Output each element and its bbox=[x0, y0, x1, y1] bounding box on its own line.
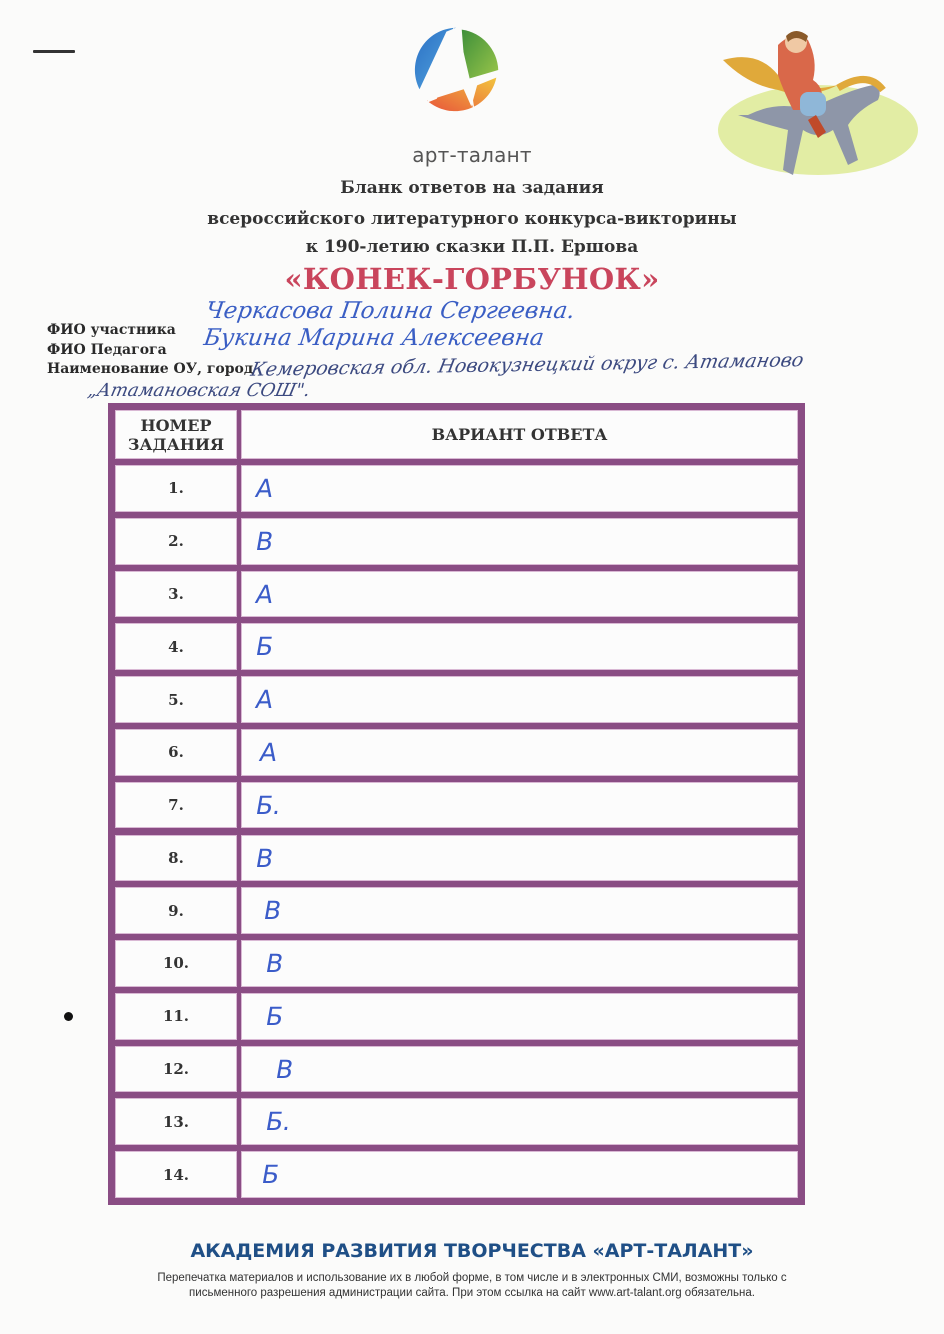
footer-notice-line-2: письменного разрешения администрации сай… bbox=[0, 1287, 944, 1299]
answer-value: В bbox=[273, 1055, 295, 1084]
answer-value: Б bbox=[263, 1002, 285, 1031]
participant-label: ФИО участника bbox=[47, 322, 176, 338]
task-number: 3. bbox=[116, 572, 236, 617]
teacher-label: ФИО Педагога bbox=[47, 342, 167, 358]
footer-title: АКАДЕМИЯ РАЗВИТИЯ ТВОРЧЕСТВА «АРТ-ТАЛАНТ… bbox=[0, 1240, 944, 1262]
answer-value: А bbox=[253, 580, 275, 609]
task-number: 6. bbox=[116, 730, 236, 775]
table-row: 6.А bbox=[112, 726, 801, 779]
organization-label: Наименование ОУ, город bbox=[47, 361, 253, 377]
answer-field[interactable]: В bbox=[242, 1047, 797, 1092]
participant-name-field[interactable]: Черкасова Полина Сергеевна. bbox=[204, 298, 576, 324]
humpbacked-horse-rider-illustration bbox=[708, 30, 918, 188]
answer-field[interactable]: В bbox=[242, 519, 797, 564]
answer-value: А bbox=[257, 738, 279, 767]
scan-artifact-dot bbox=[64, 1012, 73, 1021]
footer-notice-line-1: Перепечатка материалов и использование и… bbox=[0, 1272, 944, 1284]
task-number: 13. bbox=[116, 1099, 236, 1144]
column-header-answer: ВАРИАНТ ОТВЕТА bbox=[242, 411, 797, 458]
answer-field[interactable]: Б bbox=[242, 624, 797, 669]
answer-field[interactable]: В bbox=[242, 836, 797, 881]
task-number: 5. bbox=[116, 677, 236, 722]
organization-field-line-1[interactable]: Кемеровская обл. Новокузнецкий округ с. … bbox=[249, 349, 806, 381]
answer-value: Б bbox=[259, 1160, 281, 1189]
table-row: 11.Б bbox=[112, 990, 801, 1043]
contest-main-title: «КОНЕК-ГОРБУНОК» bbox=[0, 262, 944, 296]
art-talant-logo-icon bbox=[408, 22, 504, 118]
answer-value: В bbox=[261, 896, 283, 925]
table-row: 1.А bbox=[112, 462, 801, 515]
answer-value: Б. bbox=[253, 791, 283, 820]
answer-value: А bbox=[253, 474, 275, 503]
organization-field-line-2[interactable]: „Атамановская СОШ". bbox=[86, 380, 312, 401]
table-header-row: НОМЕР ЗАДАНИЯ ВАРИАНТ ОТВЕТА bbox=[112, 407, 801, 462]
table-row: 7.Б. bbox=[112, 779, 801, 832]
column-header-task-number-line-2: ЗАДАНИЯ bbox=[128, 435, 224, 454]
answer-value: В bbox=[253, 527, 275, 556]
answer-field[interactable]: В bbox=[242, 888, 797, 933]
answer-field[interactable]: А bbox=[242, 466, 797, 511]
answer-field[interactable]: В bbox=[242, 941, 797, 986]
answer-field[interactable]: Б bbox=[242, 1152, 797, 1197]
answer-table: НОМЕР ЗАДАНИЯ ВАРИАНТ ОТВЕТА 1.А2.В3.А4.… bbox=[108, 403, 805, 1205]
task-number: 8. bbox=[116, 836, 236, 881]
form-title-line-2: всероссийского литературного конкурса-ви… bbox=[0, 209, 944, 229]
answer-field[interactable]: А bbox=[242, 677, 797, 722]
answer-value: В bbox=[253, 844, 275, 873]
table-row: 13.Б. bbox=[112, 1095, 801, 1148]
task-number: 2. bbox=[116, 519, 236, 564]
table-row: 3.А bbox=[112, 568, 801, 621]
table-row: 8.В bbox=[112, 832, 801, 885]
task-number: 1. bbox=[116, 466, 236, 511]
column-header-task-number: НОМЕР ЗАДАНИЯ bbox=[116, 411, 236, 458]
table-row: 4.Б bbox=[112, 620, 801, 673]
task-number: 10. bbox=[116, 941, 236, 986]
task-number: 12. bbox=[116, 1047, 236, 1092]
answer-field[interactable]: А bbox=[242, 572, 797, 617]
answer-value: Б. bbox=[263, 1107, 293, 1136]
table-row: 10.В bbox=[112, 937, 801, 990]
table-row: 9.В bbox=[112, 884, 801, 937]
table-row: 2.В bbox=[112, 515, 801, 568]
table-row: 12.В bbox=[112, 1043, 801, 1096]
column-header-task-number-line-1: НОМЕР bbox=[141, 416, 212, 435]
answer-field[interactable]: Б. bbox=[242, 783, 797, 828]
answer-field[interactable]: А bbox=[242, 730, 797, 775]
scan-artifact-mark bbox=[33, 50, 75, 53]
answer-value: В bbox=[263, 949, 285, 978]
task-number: 11. bbox=[116, 994, 236, 1039]
task-number: 4. bbox=[116, 624, 236, 669]
task-number: 9. bbox=[116, 888, 236, 933]
task-number: 7. bbox=[116, 783, 236, 828]
form-title-line-3: к 190-летию сказки П.П. Ершова bbox=[0, 237, 944, 257]
answer-field[interactable]: Б. bbox=[242, 1099, 797, 1144]
table-row: 14.Б bbox=[112, 1148, 801, 1201]
answer-value: Б bbox=[253, 632, 275, 661]
teacher-name-field[interactable]: Букина Марина Алексеевна bbox=[202, 325, 545, 351]
form-title-line-1: Бланк ответов на задания bbox=[0, 178, 944, 198]
answer-field[interactable]: Б bbox=[242, 994, 797, 1039]
table-row: 5.А bbox=[112, 673, 801, 726]
task-number: 14. bbox=[116, 1152, 236, 1197]
answer-value: А bbox=[253, 685, 275, 714]
